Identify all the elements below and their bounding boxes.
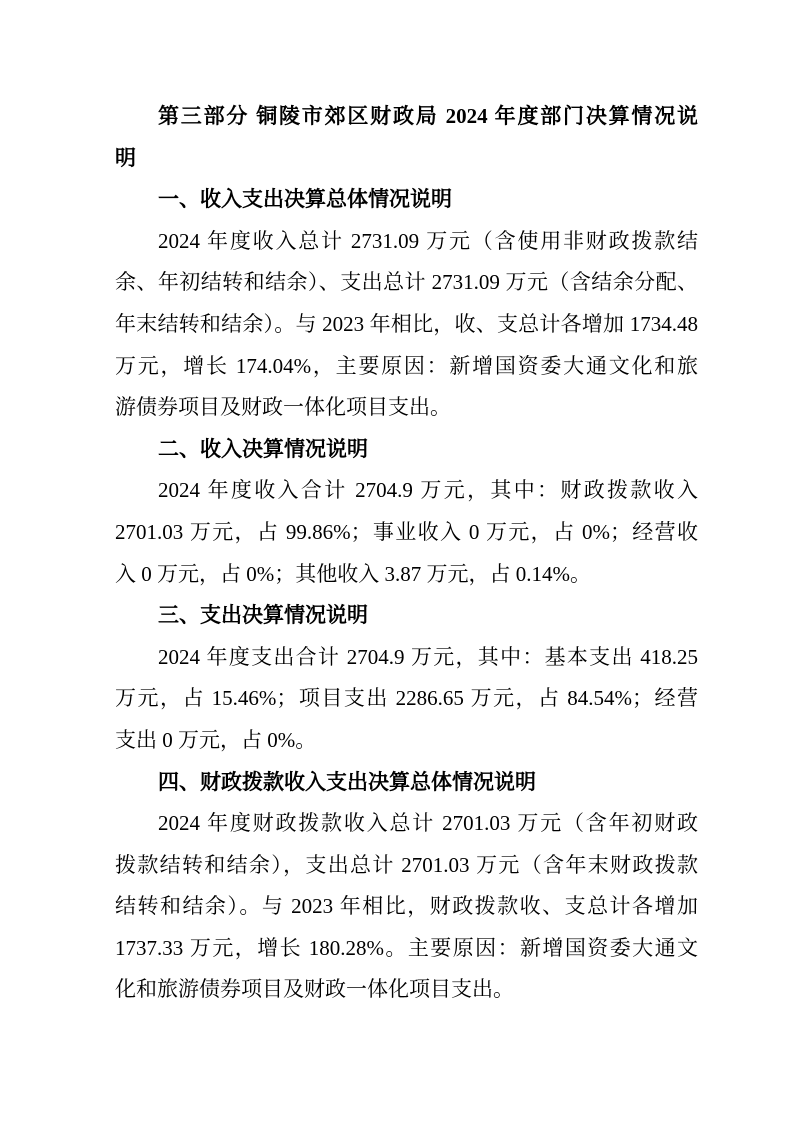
document-page: 第三部分 铜陵市郊区财政局 2024 年度部门决算情况说 明 一、收入支出决算总… (0, 0, 793, 1122)
section-4-paragraph-line: 化和旅游债券项目及财政一体化项目支出。 (115, 969, 698, 1011)
section-3-heading: 三、支出决算情况说明 (115, 595, 698, 637)
section-2-paragraph-line: 2024 年度收入合计 2704.9 万元，其中：财政拨款收入 (115, 470, 698, 512)
section-3-paragraph-line: 支出 0 万元，占 0%。 (115, 720, 698, 762)
section-2-paragraph-line: 入 0 万元，占 0%；其他收入 3.87 万元，占 0.14%。 (115, 554, 698, 596)
section-1-paragraph-line: 万元，增长 174.04%，主要原因：新增国资委大通文化和旅 (115, 346, 698, 388)
section-4-paragraph-line: 拨款结转和结余），支出总计 2701.03 万元（含年末财政拨款 (115, 845, 698, 887)
section-4-paragraph-line: 2024 年度财政拨款收入总计 2701.03 万元（含年初财政 (115, 803, 698, 845)
document-text-block: 第三部分 铜陵市郊区财政局 2024 年度部门决算情况说 明 一、收入支出决算总… (115, 96, 698, 1011)
section-2-paragraph-line: 2701.03 万元，占 99.86%；事业收入 0 万元，占 0%；经营收 (115, 512, 698, 554)
section-1-paragraph-line: 年末结转和结余）。与 2023 年相比，收、支总计各增加 1734.48 (115, 304, 698, 346)
section-3-paragraph-line: 万元，占 15.46%；项目支出 2286.65 万元，占 84.54%；经营 (115, 678, 698, 720)
document-title-line-1: 第三部分 铜陵市郊区财政局 2024 年度部门决算情况说 (115, 96, 698, 138)
section-1-paragraph-line: 2024 年度收入总计 2731.09 万元（含使用非财政拨款结 (115, 221, 698, 263)
section-1-paragraph-line: 游债券项目及财政一体化项目支出。 (115, 387, 698, 429)
document-title-line-2: 明 (115, 138, 698, 180)
section-4-paragraph-line: 结转和结余）。与 2023 年相比，财政拨款收、支总计各增加 (115, 886, 698, 928)
section-3-paragraph-line: 2024 年度支出合计 2704.9 万元，其中：基本支出 418.25 (115, 637, 698, 679)
section-1-paragraph-line: 余、年初结转和结余）、支出总计 2731.09 万元（含结余分配、 (115, 262, 698, 304)
section-2-heading: 二、收入决算情况说明 (115, 429, 698, 471)
section-4-heading: 四、财政拨款收入支出决算总体情况说明 (115, 762, 698, 804)
section-4-paragraph-line: 1737.33 万元，增长 180.28%。主要原因：新增国资委大通文 (115, 928, 698, 970)
section-1-heading: 一、收入支出决算总体情况说明 (115, 179, 698, 221)
